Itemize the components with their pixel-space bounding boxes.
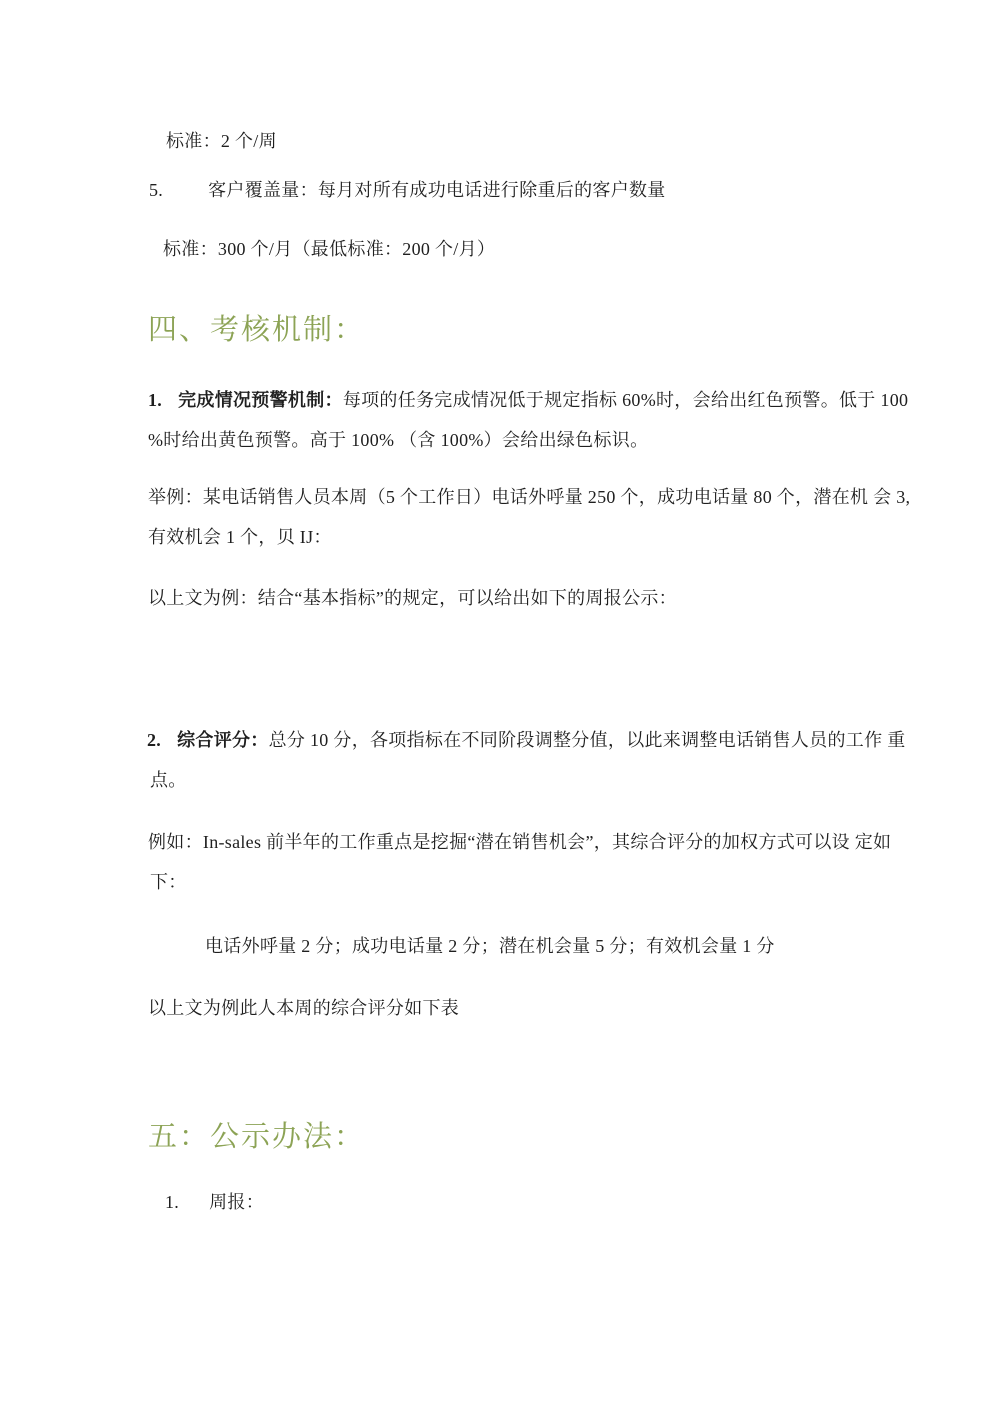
example-2-line-1: 例如：In-sales 前半年的工作重点是挖掘“潜在销售机会”，其综合评分的加权…	[148, 822, 891, 862]
warning-item-label: 完成情况预警机制：	[178, 390, 343, 410]
warning-item-number: 1.	[148, 390, 162, 410]
weekly-report-item-number: 1.	[165, 1192, 179, 1212]
list-item-5-number: 5.	[149, 180, 163, 200]
scoring-line-1: 2.综合评分：总分 10 分，各项指标在不同阶段调整分值，以此来调整电话销售人员…	[147, 720, 906, 760]
warning-mechanism-line-1: 1.完成情况预警机制：每项的任务完成情况低于规定指标 60%时，会给出红色预警。…	[148, 380, 908, 420]
warning-mechanism-line-2: %时给出黄色预警。高于 100% （含 100%）会给出绿色标识。	[148, 420, 648, 460]
score-weights-line: 电话外呼量 2 分；成功电话量 2 分；潜在机会量 5 分；有效机会量 1 分	[205, 926, 775, 966]
example-1-line-2: 有效机会 1 个，贝 IJ：	[148, 517, 332, 557]
scoring-item-number: 2.	[147, 730, 161, 750]
standard-note-weekly: 标准：2 个/周	[166, 121, 277, 161]
section-5-heading: 五：公示办法：	[148, 1115, 365, 1159]
scoring-line-2: 点。	[150, 760, 187, 800]
warning-item-text: 每项的任务完成情况低于规定指标 60%时，会给出红色预警。低于 100	[343, 390, 909, 410]
weekly-report-item-text: 周报：	[209, 1192, 264, 1212]
scoring-item-label: 综合评分：	[177, 730, 269, 750]
list-item-5: 5.客户覆盖量：每月对所有成功电话进行除重后的客户数量	[149, 170, 666, 210]
example-1-line-1: 举例：某电话销售人员本周（5 个工作日）电话外呼量 250 个，成功电话量 80…	[148, 477, 910, 517]
list-item-5-text: 客户覆盖量：每月对所有成功电话进行除重后的客户数量	[208, 180, 666, 200]
example-2-line-2: 下：	[150, 862, 187, 902]
document-page: 标准：2 个/周 5.客户覆盖量：每月对所有成功电话进行除重后的客户数量 标准：…	[0, 0, 1000, 1415]
standard-note-monthly: 标准：300 个/月（最低标准：200 个/月）	[163, 229, 495, 269]
score-table-note: 以上文为例此人本周的综合评分如下表	[148, 988, 459, 1028]
section-4-heading: 四、考核机制：	[148, 308, 365, 352]
list-item-weekly-report: 1.周报：	[165, 1182, 264, 1222]
weekly-report-note: 以上文为例：结合“基本指标”的规定，可以给出如下的周报公示：	[148, 578, 677, 618]
scoring-item-text: 总分 10 分，各项指标在不同阶段调整分值，以此来调整电话销售人员的工作 重	[269, 730, 906, 750]
